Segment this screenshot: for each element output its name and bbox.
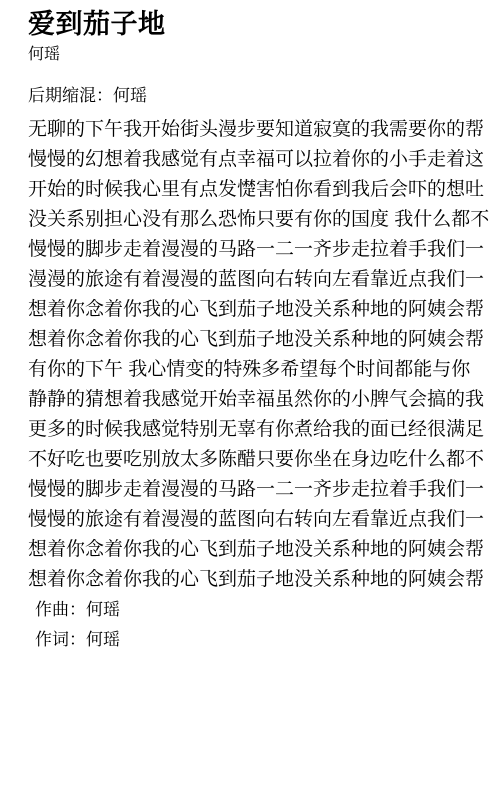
mix-credit: 后期缩混：何瑶 [28,85,500,107]
lyric-line: 想着你念着你我的心飞到茄子地没关系种地的阿姨会帮 [28,565,500,595]
lyric-line: 更多的时候我感觉特别无辜有你煮给我的面已经很满足 [28,415,500,445]
lyric-line: 漫漫的旅途有着漫漫的蓝图向右转向左看靠近点我们一 [28,265,500,295]
lyric-line: 开始的时候我心里有点发憷害怕你看到我后会吓的想吐 [28,175,500,205]
song-title: 爱到茄子地 [28,6,500,42]
lyric-line: 慢慢的旅途有着漫漫的蓝图向右转向左看靠近点我们一 [28,505,500,535]
lyric-line: 想着你念着你我的心飞到茄子地没关系种地的阿姨会帮 [28,325,500,355]
lyric-line: 没关系别担心没有那么恐怖只要有你的国度 我什么都不 [28,205,500,235]
lyrics-block: 无聊的下午我开始街头漫步要知道寂寞的我需要你的帮 慢慢的幻想着我感觉有点幸福可以… [28,115,500,595]
lyrics-page: 爱到茄子地 何瑶 后期缩混：何瑶 无聊的下午我开始街头漫步要知道寂寞的我需要你的… [0,0,500,790]
lyric-line: 慢慢的脚步走着漫漫的马路一二一齐步走拉着手我们一 [28,235,500,265]
composer-credit: 作曲：何瑶 [28,595,500,625]
lyric-line: 想着你念着你我的心飞到茄子地没关系种地的阿姨会帮 [28,295,500,325]
lyric-line: 有你的下午 我心情变的特殊多希望每个时间都能与你 [28,355,500,385]
lyric-line: 静静的猜想着我感觉开始幸福虽然你的小脾气会搞的我 [28,385,500,415]
lyric-line: 慢慢的幻想着我感觉有点幸福可以拉着你的小手走着这 [28,145,500,175]
lyric-line: 无聊的下午我开始街头漫步要知道寂寞的我需要你的帮 [28,115,500,145]
lyricist-credit: 作词：何瑶 [28,625,500,655]
lyric-line: 想着你念着你我的心飞到茄子地没关系种地的阿姨会帮 [28,535,500,565]
artist-name: 何瑶 [28,44,500,66]
lyric-line: 不好吃也要吃别放太多陈醋只要你坐在身边吃什么都不 [28,445,500,475]
lyric-line: 慢慢的脚步走着漫漫的马路一二一齐步走拉着手我们一 [28,475,500,505]
